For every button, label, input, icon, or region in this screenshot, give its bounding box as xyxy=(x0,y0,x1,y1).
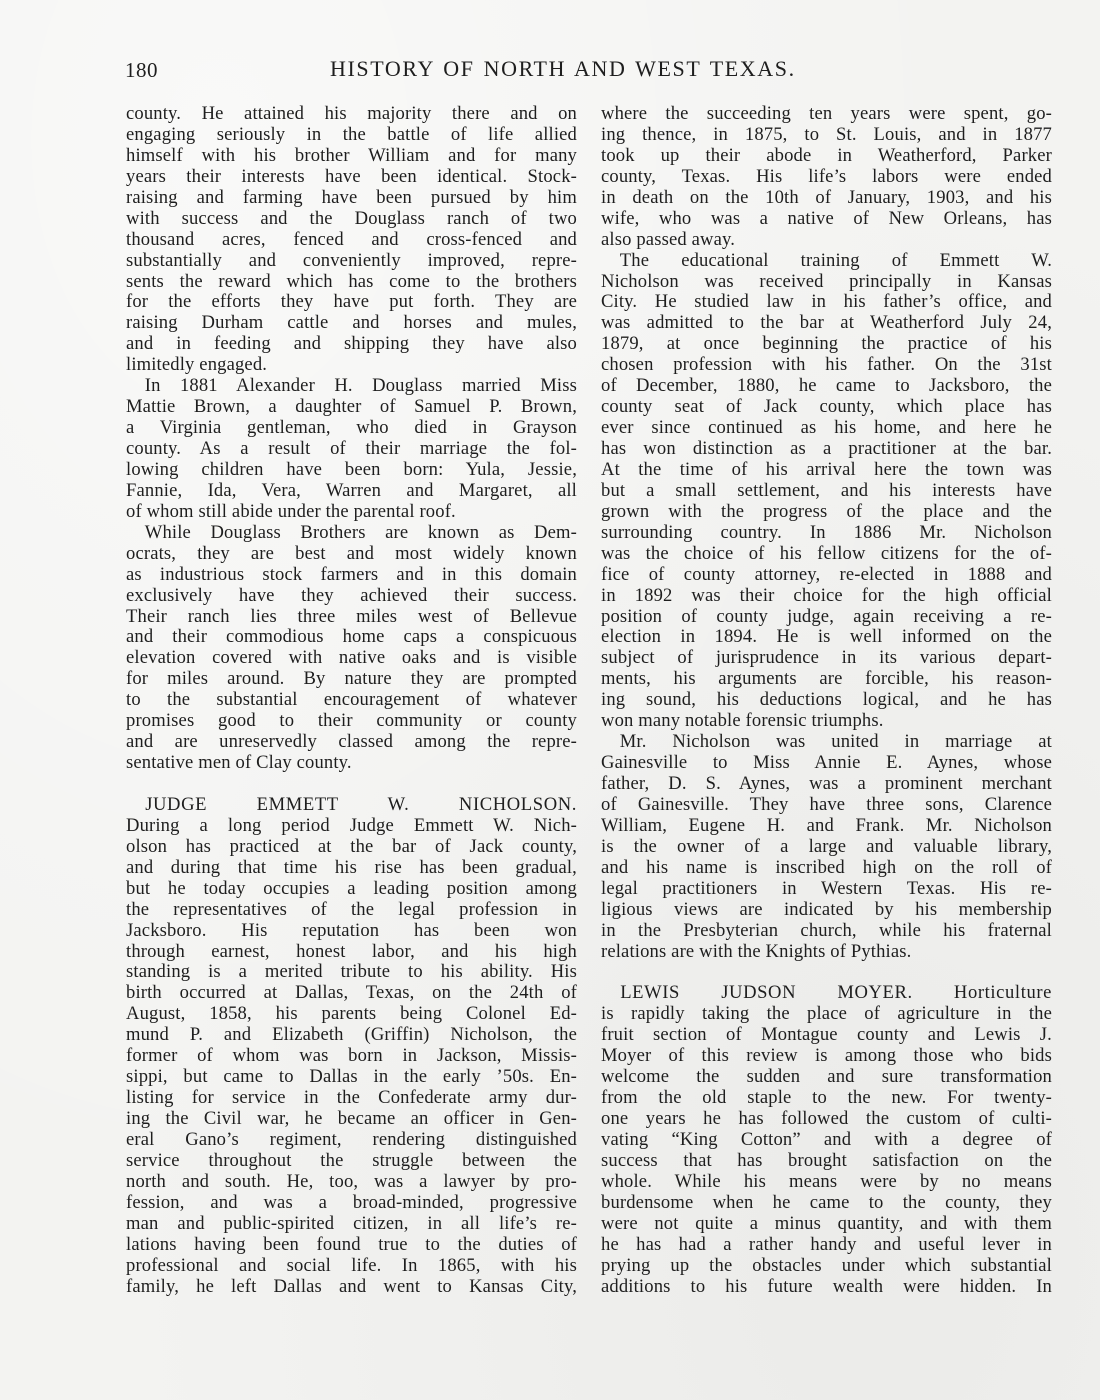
biography-heading-line: LEWIS JUDSON MOYER. Horticulture xyxy=(601,983,1052,1004)
text-line: for the efforts they have put forth. The… xyxy=(126,292,577,313)
text-line: county, Texas. His life’s labors were en… xyxy=(601,167,1052,188)
text-line: ing sound, his deductions logical, and h… xyxy=(601,690,1052,711)
text-line: is the owner of a large and valuable lib… xyxy=(601,837,1052,858)
text-line: elevation covered with native oaks and i… xyxy=(126,648,577,669)
text-line: olson has practiced at the bar of Jack c… xyxy=(126,837,577,858)
text-line: a Virginia gentleman, who died in Grayso… xyxy=(126,418,577,439)
text-line: with success and the Douglass ranch of t… xyxy=(126,209,577,230)
text-line: has won distinction as a practitioner at… xyxy=(601,439,1052,460)
text-line: of whom still abide under the parental r… xyxy=(126,502,577,523)
text-line: fruit section of Montague county and Lew… xyxy=(601,1025,1052,1046)
text-line: exclusively have they achieved their suc… xyxy=(126,586,577,607)
text-line: ments, his arguments are forcible, his r… xyxy=(601,669,1052,690)
text-line: and are unreservedly classed among the r… xyxy=(126,732,577,753)
text-line: ever since continued as his home, and he… xyxy=(601,418,1052,439)
text-line: and in feeding and shipping they have al… xyxy=(126,334,577,355)
text-line: took up their abode in Weatherford, Park… xyxy=(601,146,1052,167)
text-line: lations having been found true to the du… xyxy=(126,1235,577,1256)
text-line: Fannie, Ida, Vera, Warren and Margaret, … xyxy=(126,481,577,502)
text-line: Their ranch lies three miles west of Bel… xyxy=(126,607,577,628)
text-line: in the Presbyterian church, while his fr… xyxy=(601,921,1052,942)
text-line: August, 1858, his parents being Colonel … xyxy=(126,1004,577,1025)
text-line: Mr. Nicholson was united in marriage at xyxy=(601,732,1052,753)
text-line: family, he left Dallas and went to Kansa… xyxy=(126,1277,577,1298)
text-line: years their interests have been identica… xyxy=(126,167,577,188)
text-line: where the succeeding ten years were spen… xyxy=(601,104,1052,125)
text-line: grown with the progress of the place and… xyxy=(601,502,1052,523)
text-line: Mattie Brown, a daughter of Samuel P. Br… xyxy=(126,397,577,418)
text-line: While Douglass Brothers are known as Dem… xyxy=(126,523,577,544)
text-line: through earnest, honest labor, and his h… xyxy=(126,942,577,963)
text-line: position of county judge, again receivin… xyxy=(601,607,1052,628)
text-line: fession, and was a broad-minded, progres… xyxy=(126,1193,577,1214)
text-line: ing thence, in 1875, to St. Louis, and i… xyxy=(601,125,1052,146)
text-line: thousand acres, fenced and cross-fenced … xyxy=(126,230,577,251)
text-line: were not quite a minus quantity, and wit… xyxy=(601,1214,1052,1235)
text-line: but a small settlement, and his interest… xyxy=(601,481,1052,502)
text-line: William, Eugene H. and Frank. Mr. Nichol… xyxy=(601,816,1052,837)
text-line: himself with his brother William and for… xyxy=(126,146,577,167)
text-line: standing is a merited tribute to his abi… xyxy=(126,962,577,983)
paragraph-gap xyxy=(126,774,577,795)
running-head: 180 HISTORY OF NORTH AND WEST TEXAS. xyxy=(125,56,1060,86)
text-line: for miles around. By nature they are pro… xyxy=(126,669,577,690)
text-line: he has had a rather handy and useful lev… xyxy=(601,1235,1052,1256)
text-line: the representatives of the legal profess… xyxy=(126,900,577,921)
text-line: won many notable forensic triumphs. xyxy=(601,711,1052,732)
text-line: ocrats, they are best and most widely kn… xyxy=(126,544,577,565)
text-line: election in 1894. He is well informed on… xyxy=(601,627,1052,648)
text-line: legal practitioners in Western Texas. Hi… xyxy=(601,879,1052,900)
text-line: The educational training of Emmett W. xyxy=(601,251,1052,272)
text-line: At the time of his arrival here the town… xyxy=(601,460,1052,481)
text-line: of December, 1880, he came to Jacksboro,… xyxy=(601,376,1052,397)
text-line: Gainesville to Miss Annie E. Aynes, whos… xyxy=(601,753,1052,774)
text-line: subject of jurisprudence in its various … xyxy=(601,648,1052,669)
text-line: vating “King Cotton” and with a degree o… xyxy=(601,1130,1052,1151)
text-line: county. As a result of their marriage th… xyxy=(126,439,577,460)
text-line: engaging seriously in the battle of life… xyxy=(126,125,577,146)
text-line: north and south. He, too, was a lawyer b… xyxy=(126,1172,577,1193)
text-line: prying up the obstacles under which subs… xyxy=(601,1256,1052,1277)
text-line: eral Gano’s regiment, rendering distingu… xyxy=(126,1130,577,1151)
text-line: whole. While his means were by no means xyxy=(601,1172,1052,1193)
text-line: also passed away. xyxy=(601,230,1052,251)
text-line: welcome the sudden and sure transformati… xyxy=(601,1067,1052,1088)
book-page: 180 HISTORY OF NORTH AND WEST TEXAS. cou… xyxy=(0,0,1100,1400)
text-line: county. He attained his majority there a… xyxy=(126,104,577,125)
text-line: sentative men of Clay county. xyxy=(126,753,577,774)
text-line: is rapidly taking the place of agricultu… xyxy=(601,1004,1052,1025)
text-line: promises good to their community or coun… xyxy=(126,711,577,732)
text-line: During a long period Judge Emmett W. Nic… xyxy=(126,816,577,837)
text-line: and his name is inscribed high on the ro… xyxy=(601,858,1052,879)
text-line: of Gainesville. They have three sons, Cl… xyxy=(601,795,1052,816)
text-line: additions to his future wealth were hidd… xyxy=(601,1277,1052,1298)
text-line: burdensome when he came to the county, t… xyxy=(601,1193,1052,1214)
text-line: 1879, at once beginning the practice of … xyxy=(601,334,1052,355)
running-title: HISTORY OF NORTH AND WEST TEXAS. xyxy=(330,56,796,82)
text-line: and during that time his rise has been g… xyxy=(126,858,577,879)
text-line: former of whom was born in Jackson, Miss… xyxy=(126,1046,577,1067)
text-line: raising and farming have been pursued by… xyxy=(126,188,577,209)
text-line: father, D. S. Aynes, was a prominent mer… xyxy=(601,774,1052,795)
text-line: in death on the 10th of January, 1903, a… xyxy=(601,188,1052,209)
text-line: raising Durham cattle and horses and mul… xyxy=(126,313,577,334)
text-line: mund P. and Elizabeth (Griffin) Nicholso… xyxy=(126,1025,577,1046)
paragraph-gap xyxy=(601,962,1052,983)
left-text-column: county. He attained his majority there a… xyxy=(126,104,577,1297)
biography-heading-line: JUDGE EMMETT W. NICHOLSON. xyxy=(126,795,577,816)
text-line: relations are with the Knights of Pythia… xyxy=(601,942,1052,963)
page-number: 180 xyxy=(125,58,158,83)
text-line: fice of county attorney, re-elected in 1… xyxy=(601,565,1052,586)
text-line: limitedly engaged. xyxy=(126,355,577,376)
text-line: listing for service in the Confederate a… xyxy=(126,1088,577,1109)
text-line: ing the Civil war, he became an officer … xyxy=(126,1109,577,1130)
right-text-column: where the succeeding ten years were spen… xyxy=(601,104,1052,1297)
text-line: City. He studied law in his father’s off… xyxy=(601,292,1052,313)
text-line: ligious views are indicated by his membe… xyxy=(601,900,1052,921)
text-line: birth occurred at Dallas, Texas, on the … xyxy=(126,983,577,1004)
text-line: service throughout the struggle between … xyxy=(126,1151,577,1172)
text-line: man and public-spirited citizen, in all … xyxy=(126,1214,577,1235)
text-line: Jacksboro. His reputation has been won xyxy=(126,921,577,942)
text-line: to the substantial encouragement of what… xyxy=(126,690,577,711)
text-line: success that has brought satisfaction on… xyxy=(601,1151,1052,1172)
text-line: professional and social life. In 1865, w… xyxy=(126,1256,577,1277)
text-line: wife, who was a native of New Orleans, h… xyxy=(601,209,1052,230)
text-line: but he today occupies a leading position… xyxy=(126,879,577,900)
text-line: Moyer of this review is among those who … xyxy=(601,1046,1052,1067)
text-line: sippi, but came to Dallas in the early ’… xyxy=(126,1067,577,1088)
text-line: lowing children have been born: Yula, Je… xyxy=(126,460,577,481)
text-line: from the old staple to the new. For twen… xyxy=(601,1088,1052,1109)
text-line: one years he has followed the custom of … xyxy=(601,1109,1052,1130)
text-line: surrounding country. In 1886 Mr. Nichols… xyxy=(601,523,1052,544)
text-line: In 1881 Alexander H. Douglass married Mi… xyxy=(126,376,577,397)
text-line: as industrious stock farmers and in this… xyxy=(126,565,577,586)
text-line: and their commodious home caps a conspic… xyxy=(126,627,577,648)
text-line: was admitted to the bar at Weatherford J… xyxy=(601,313,1052,334)
text-line: was the choice of his fellow citizens fo… xyxy=(601,544,1052,565)
text-line: county seat of Jack county, which place … xyxy=(601,397,1052,418)
text-line: substantially and conveniently improved,… xyxy=(126,251,577,272)
text-line: Nicholson was received principally in Ka… xyxy=(601,272,1052,293)
text-line: sents the reward which has come to the b… xyxy=(126,272,577,293)
text-line: in 1892 was their choice for the high of… xyxy=(601,586,1052,607)
text-line: chosen profession with his father. On th… xyxy=(601,355,1052,376)
